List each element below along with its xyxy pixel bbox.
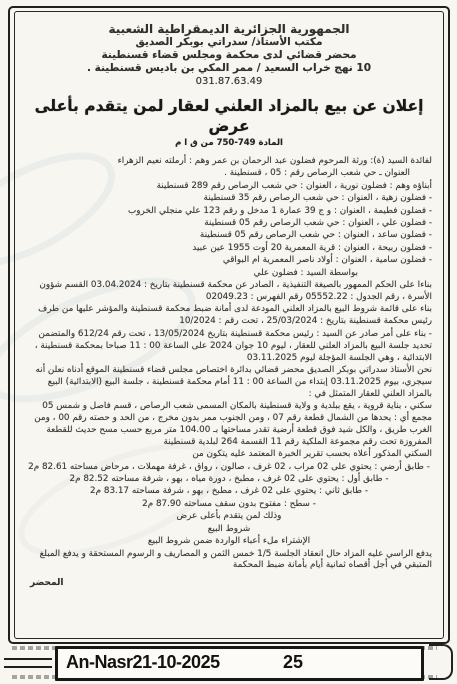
footer-banner-box: An-Nasr21-10-2025 25: [55, 646, 424, 681]
letterhead: الجمهورية الجزائرية الديمقراطية الشعبية …: [26, 22, 432, 88]
body-line: - بناء على أمر صادر عن السيد : رئيس محكم…: [26, 329, 432, 365]
body-line: نحن الأستاذ سدراتي بوبكر الصديق محضر قضا…: [26, 365, 432, 401]
bailiff-signature-label: المحضر: [26, 578, 432, 588]
body-line: - فضلون زهية ، العنوان : حي شعب الرصاص ر…: [26, 193, 432, 205]
notice-body: لفائدة السيد (ة): ورثة المرحوم فضلون عبد…: [26, 156, 432, 572]
address-line: 10 نهج خراب السعيد / ممر المكي بن باديس …: [26, 62, 432, 75]
body-line: - فضلون سامية ، العنوان : أولاد ناصر الم…: [26, 255, 432, 267]
body-line: السكني المذكور أعلاه بحسب تقرير الخبرة ا…: [26, 449, 432, 461]
body-line: بناءا على الحكم الممهور بالصيغة التنفيذي…: [26, 280, 432, 304]
body-line: - سطح : مفتوح بدون سقف مساحته 87.90 م2: [26, 499, 432, 511]
body-line: العنوان ـ حي شعب الرصاص رقم : 05 ، قسنطي…: [26, 168, 432, 180]
body-line: بواسطة السيد : فضلون علي: [26, 268, 432, 280]
body-line: - فضلون ساعد ، العنوان : حي شعب الرصاص ر…: [26, 230, 432, 242]
office-line: مكتب الأستاذ/ سدراتي بوبكر الصديق: [26, 36, 432, 49]
body-line: - طابق ثاني : يحتوي على 02 غرف ، مطبخ ، …: [26, 486, 432, 498]
body-line: أبناؤه وهم : فضلون نورية ، العنوان : حي …: [26, 181, 432, 193]
body-line: يدفع الراسي عليه المزاد حال انعقاد الجلس…: [26, 549, 432, 573]
body-line: لفائدة السيد (ة): ورثة المرحوم فضلون عبد…: [26, 156, 432, 168]
body-line: - طابق أول : يحتوي على 02 غرف ، مطبخ ، د…: [26, 474, 432, 486]
body-line: الإشتراء ملء أعباء الواردة ضمن شروط البي…: [26, 536, 432, 548]
body-line: - فضلون ربيحة ، العنوان : قرية المعمرية …: [26, 243, 432, 255]
body-line: وذلك لمن يتقدم بأعلى عرض: [26, 511, 432, 523]
footer-left-rules: [4, 658, 52, 668]
phone-number: 031.87.63.49: [26, 75, 432, 88]
body-line: بناء على قائمة شروط البيع بالمزاد العلني…: [26, 304, 432, 328]
body-line: - طابق أرضي : يحتوي على 02 مراب ، 02 غرف…: [26, 462, 432, 474]
newspaper-footer-strip: An-Nasr21-10-2025 25: [0, 644, 457, 682]
page-number: 25: [283, 652, 303, 673]
notice-content: الجمهورية الجزائرية الديمقراطية الشعبية …: [18, 14, 440, 636]
newspaper-name-date: An-Nasr21-10-2025: [66, 652, 220, 673]
notice-title: إعلان عن بيع بالمزاد العلني لعقار لمن يت…: [26, 96, 432, 136]
law-article-reference: المادة 749-750 من ق ا م: [26, 138, 432, 148]
body-line: سكني ، بناية قروية ، يقع ببلدية و ولاية …: [26, 401, 432, 449]
body-line: - فضلون فطيمة ، العنوان : و ج 39 عمارة 1…: [26, 206, 432, 218]
body-line: - فضلون علي ، العنوان : حي شعب الرصاص رق…: [26, 218, 432, 230]
republic-line: الجمهورية الجزائرية الديمقراطية الشعبية: [26, 22, 432, 36]
newspaper-notice-page: الجمهورية الجزائرية الديمقراطية الشعبية …: [0, 0, 457, 684]
footer-corner-bracket: [429, 644, 453, 680]
body-line: شروط البيع: [26, 524, 432, 536]
bailiff-role-line: محضر قضائي لدى محكمة ومجلس قضاء قسنطينة: [26, 49, 432, 62]
scanned-newspaper-notice: { "header": { "republic": "الجمهورية الج…: [0, 0, 457, 684]
